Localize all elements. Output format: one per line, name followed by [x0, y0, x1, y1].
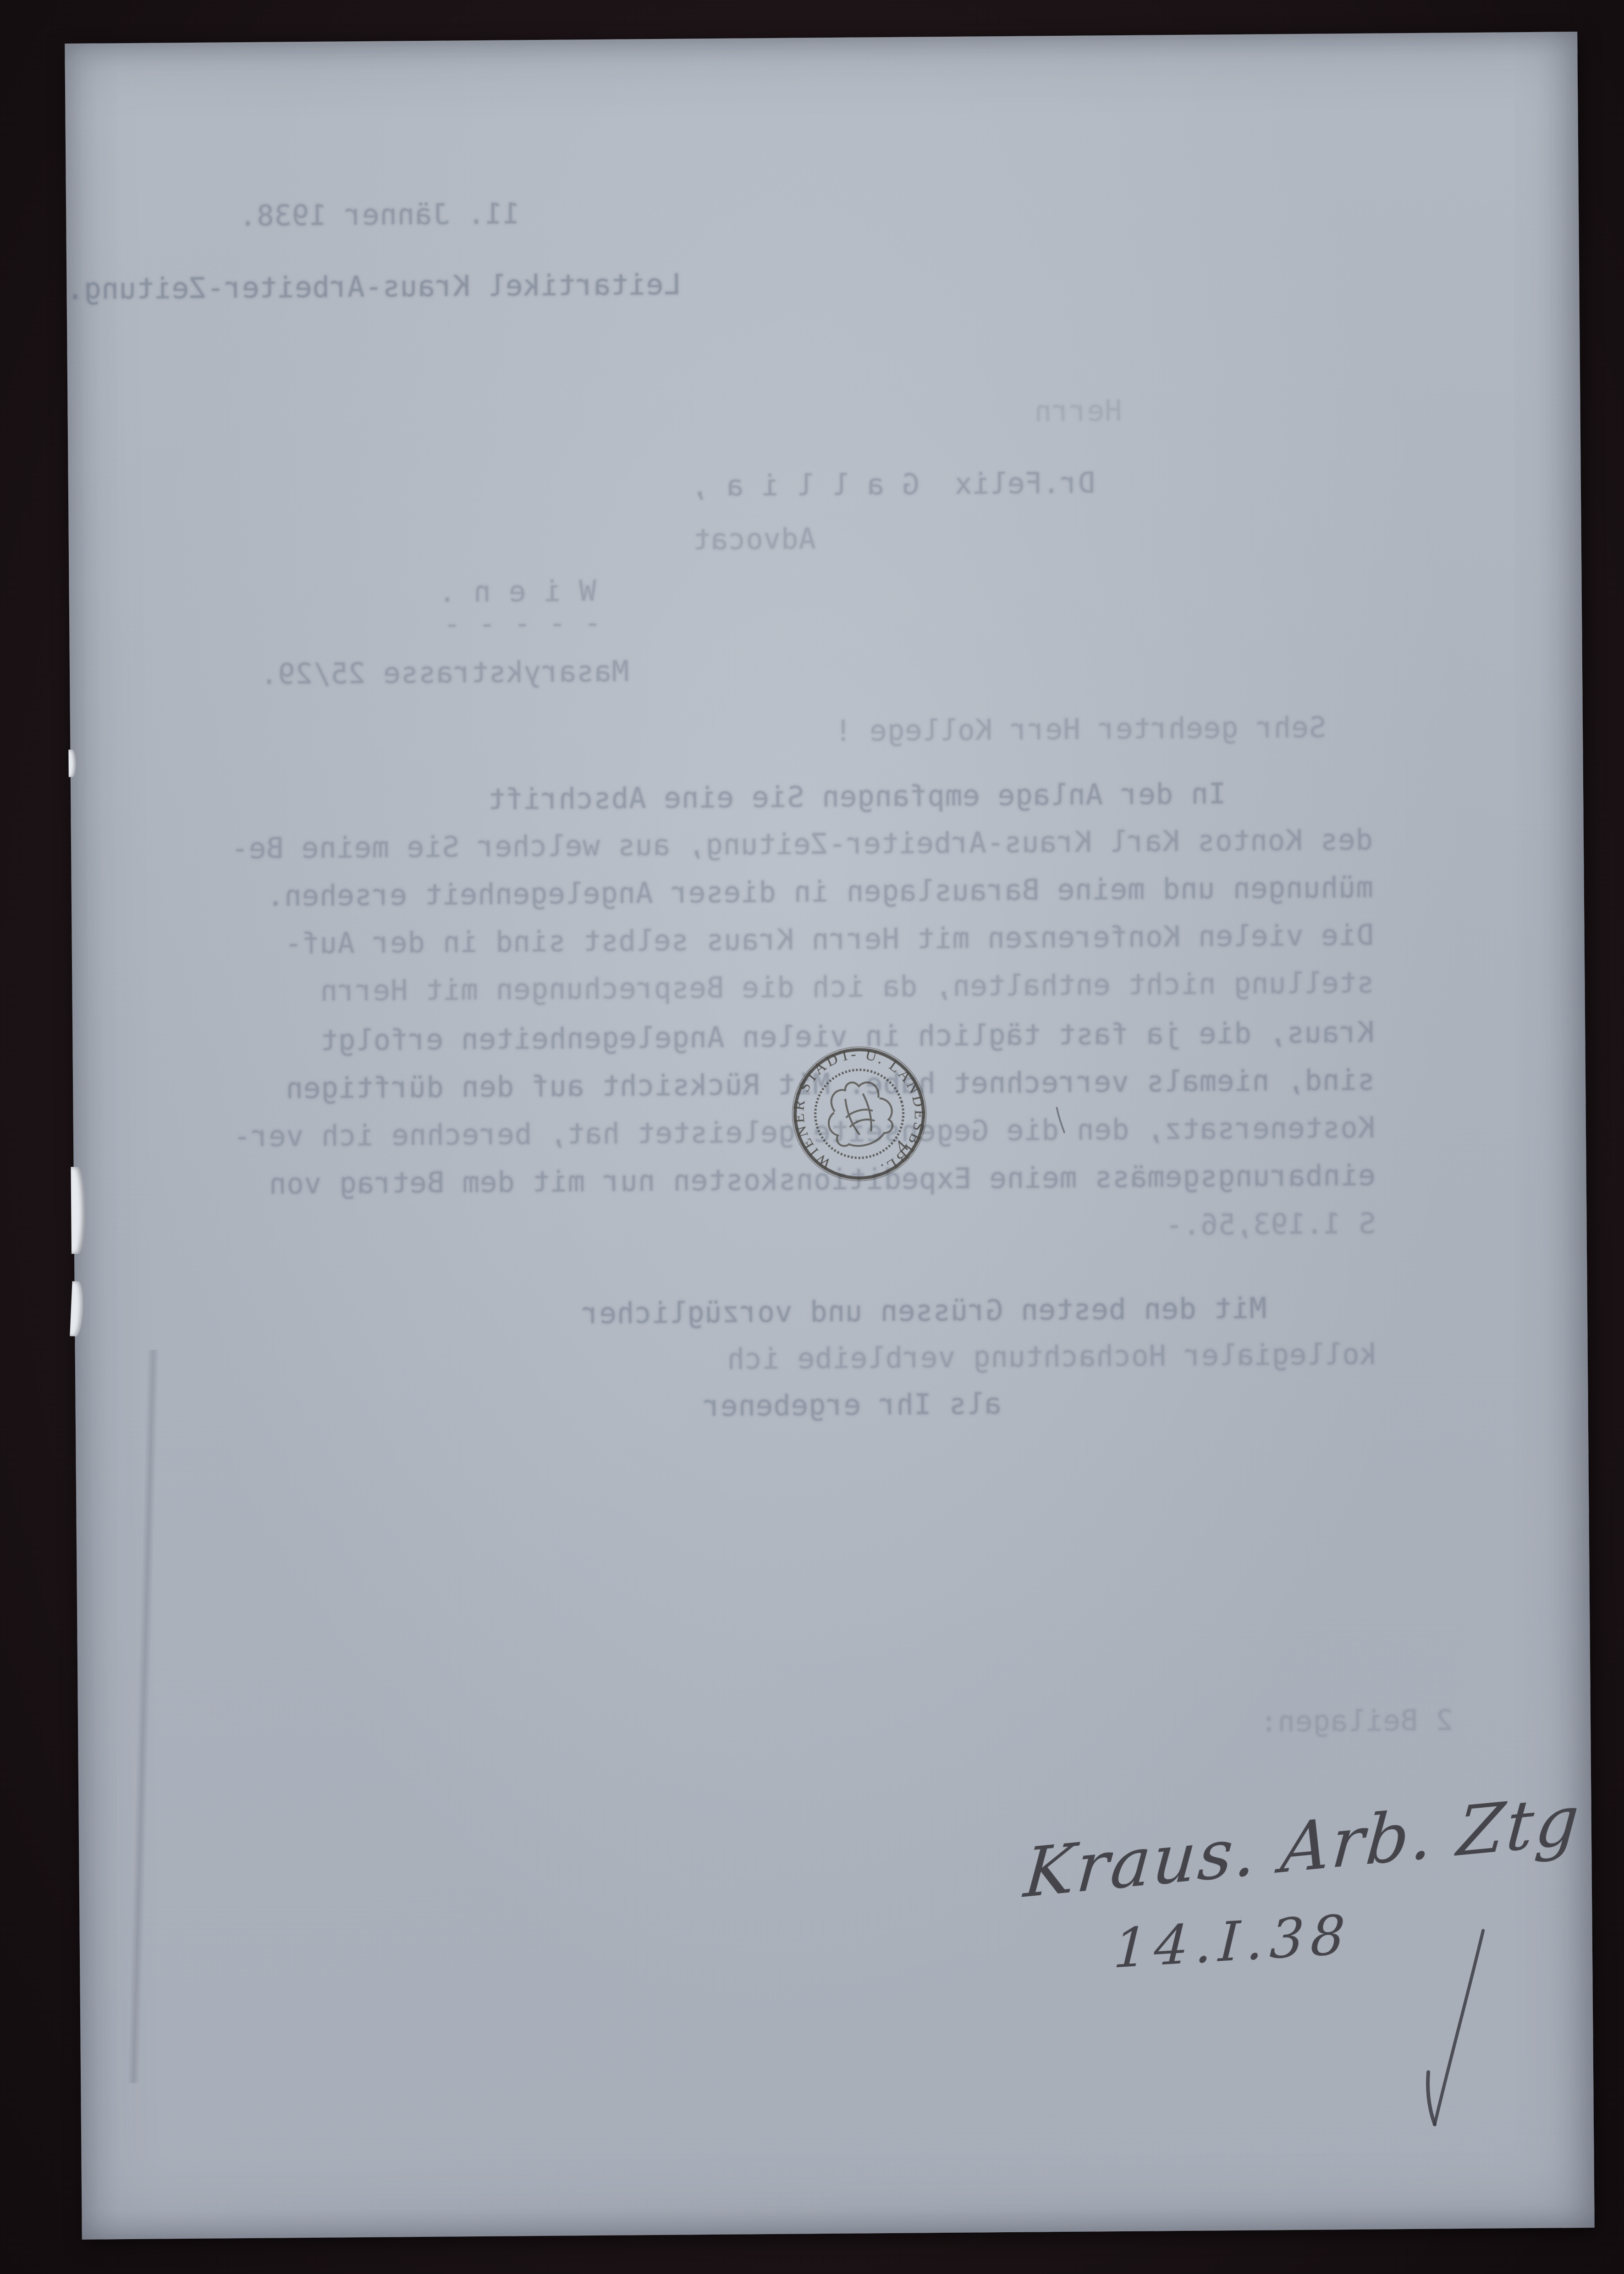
- typescript-line-addressee-street: Masarykstrasse 25/29.: [260, 657, 629, 688]
- typescript-line-body-2: des Kontos Karl Kraus-Arbeiter-Zeitung, …: [231, 826, 1373, 863]
- typescript-line-closing-2: kollegialer Hochachtung verbleibe ich: [727, 1340, 1377, 1374]
- stamp-legend-text: WIENER STADT- U. LANDESBIBL.: [774, 1028, 945, 1199]
- typescript-line-body-1: In der Anlage empfangen Sie eine Abschri…: [488, 779, 1226, 814]
- document-page: 11. Jänner 1938.Leitartikel Kraus-Arbeit…: [65, 32, 1595, 2240]
- typescript-line-addressee-herrn: Herrn: [1034, 397, 1122, 426]
- typescript-line-city-underline: - - - - -: [443, 609, 601, 639]
- typescript-line-body-4: Die vielen Konferenzen mit Herrn Kraus s…: [284, 921, 1374, 958]
- typescript-line-body-3: mühungen und meine Barauslagen in dieser…: [266, 873, 1373, 911]
- typescript-line-date-line: 11. Jänner 1938.: [239, 199, 520, 230]
- typescript-line-addressee-name: Dr.Felix G a l l i a ,: [691, 469, 1095, 500]
- typescript-line-addressee-city: W i e n .: [438, 577, 596, 607]
- typescript-line-closing-1: Mit den besten Grüssen und vorzüglicher: [581, 1294, 1266, 1328]
- typescript-line-sign-off: als Ihr ergebener: [703, 1390, 1002, 1420]
- typescript-line-enclosures: 2 Beilagen:: [1260, 1706, 1453, 1736]
- stamp-eagle-icon: [819, 1074, 900, 1154]
- typescript-line-body-10: S 1.193,56.-: [1165, 1209, 1376, 1240]
- typescript-line-addressee-title: Advocat: [693, 524, 816, 554]
- scan-root: { "document_kind": "archival scan — vers…: [0, 0, 1624, 2274]
- typescript-line-salutation: Sehr geehrter Herr Kollege !: [834, 713, 1327, 745]
- typescript-line-subject-line: Leitartikel Kraus-Arbeiter-Zeitung.: [66, 270, 681, 304]
- typescript-line-body-5: stellung nicht enthalten, da ich die Bes…: [320, 969, 1374, 1005]
- svg-text:WIENER STADT- U. LANDESBIBL.: WIENER STADT- U. LANDESBIBL.: [774, 1028, 945, 1199]
